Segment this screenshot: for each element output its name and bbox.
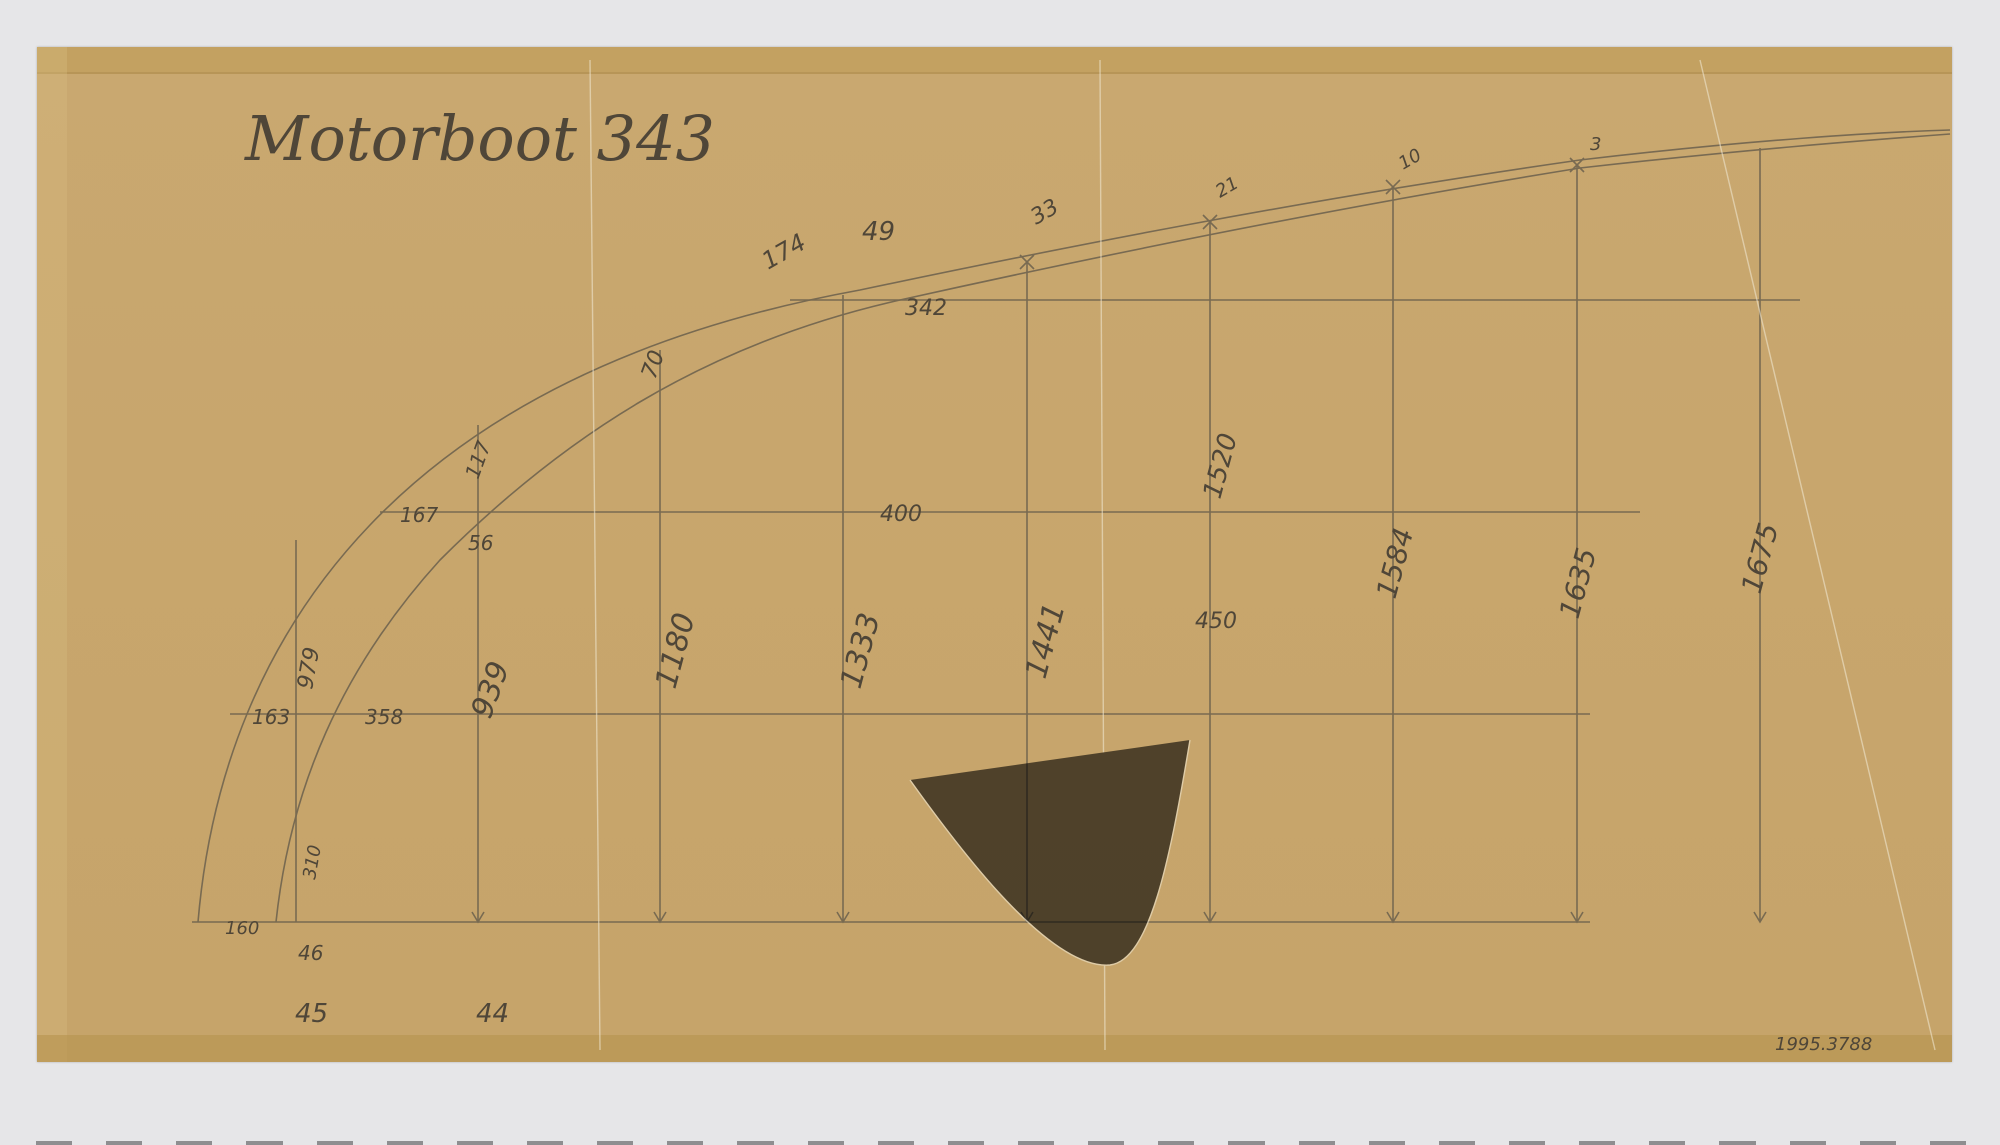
dim-1675: 1675 [1735,519,1785,596]
dim-450: 450 [1195,609,1237,634]
dim-1520: 1520 [1198,430,1244,502]
scale-ruler-ticks [0,1141,2000,1145]
dim-310: 310 [299,843,326,880]
dim-10: 10 [1395,145,1425,175]
paper-creases [590,60,1935,1050]
dim-70: 70 [637,347,670,382]
dim-33: 33 [1027,195,1064,231]
catalog-number: 1995.3788 [1775,1034,1872,1055]
dim-400: 400 [880,502,922,527]
intersection-marks [1020,158,1584,269]
dim-3: 3 [1590,134,1601,155]
dim-21: 21 [1212,173,1242,203]
dim-939: 939 [465,657,517,723]
technical-drawing: Motorboot 343 174 49 342 33 21 10 3 70 1… [0,0,2000,1145]
station-number-45: 45 [295,999,328,1029]
dim-342: 342 [905,296,947,321]
dim-167: 167 [400,503,438,527]
dim-1180: 1180 [649,609,703,692]
dim-1333: 1333 [834,609,888,692]
dim-358: 358 [365,705,403,729]
dim-46: 46 [298,941,323,965]
dim-1635: 1635 [1553,544,1603,621]
dim-160: 160 [225,918,259,939]
dim-174: 174 [757,228,811,275]
dim-49: 49 [862,217,895,247]
dim-1584: 1584 [1370,524,1420,601]
dim-979: 979 [293,645,325,691]
dim-163: 163 [252,705,290,729]
title-text: Motorboot 343 [244,102,715,175]
dim-56: 56 [468,531,493,555]
station-number-44: 44 [476,999,509,1029]
dim-117: 117 [460,437,496,481]
